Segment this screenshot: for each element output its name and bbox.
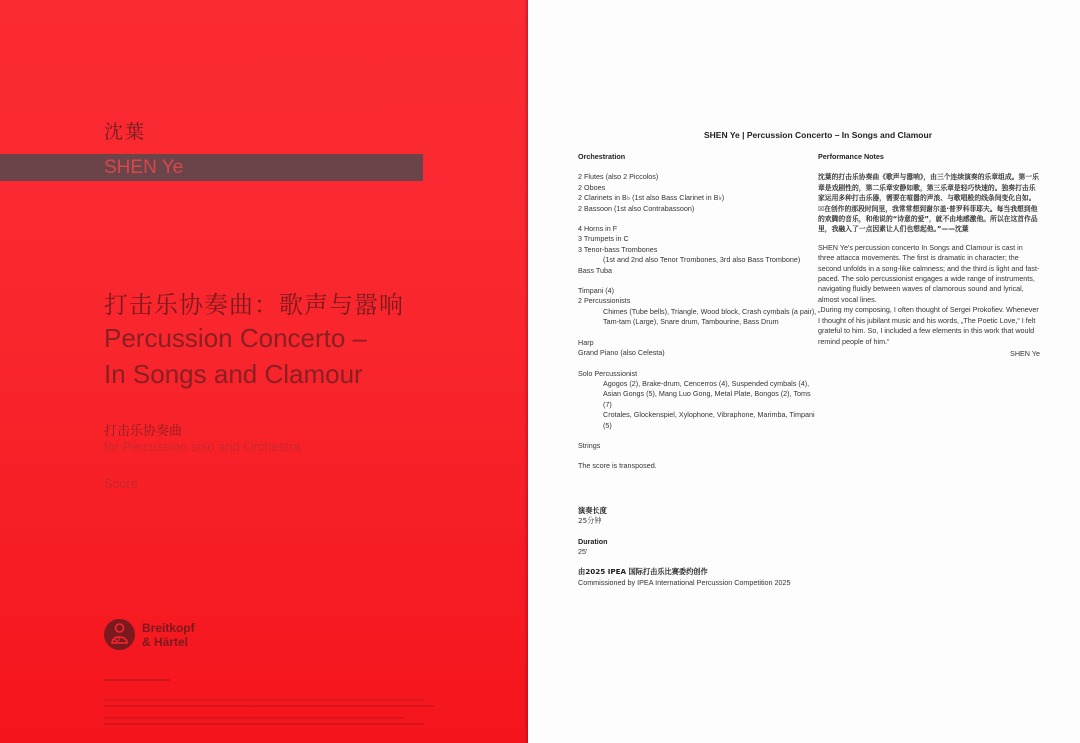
commission-block: 由2025 IPEA 国际打击乐比赛委约创作 Commissioned by I… bbox=[578, 567, 818, 588]
duration-label: Duration bbox=[578, 537, 818, 547]
fineprint-line bbox=[104, 699, 424, 701]
score-cover: 沈葉 SHEN Ye 打击乐协奏曲：歌声与嚣响 Percussion Conce… bbox=[0, 0, 528, 743]
breitkopf-logo-icon bbox=[104, 619, 135, 650]
instrument-line: Grand Piano (also Celesta) bbox=[578, 348, 818, 358]
publisher-name-line1: Breitkopf bbox=[142, 621, 195, 635]
orchestration-title: Orchestration bbox=[578, 152, 818, 162]
publisher-name-line2: & Härtel bbox=[142, 635, 195, 649]
instrument-line: Harp bbox=[578, 338, 818, 348]
title-en: Percussion Concerto – In Songs and Clamo… bbox=[104, 320, 504, 392]
instrument-line: 2 Oboes bbox=[578, 183, 818, 193]
instrument-line: 3 Trumpets in C bbox=[578, 234, 818, 244]
strings-group: Strings bbox=[578, 441, 818, 451]
page-header: SHEN Ye | Percussion Concerto – In Songs… bbox=[704, 130, 932, 140]
notes-cn-paragraph: 沈葉的打击乐协奏曲《歌声与嚣响》，由三个连续演奏的乐章组成。第一乐章是戏剧性的，… bbox=[818, 172, 1040, 234]
duration-cn-block: 演奏长度 25分钟 bbox=[578, 506, 818, 527]
fineprint-line bbox=[104, 723, 424, 725]
notes-signature: SHEN Ye bbox=[818, 349, 1040, 359]
instrument-line: 2 Percussionists bbox=[578, 296, 818, 306]
instrument-line: 2 Bassoon (1st also Contrabassoon) bbox=[578, 204, 818, 214]
instrument-line: 3 Tenor-bass Trombones bbox=[578, 245, 818, 255]
woodwinds-group: 2 Flutes (also 2 Piccolos) 2 Oboes 2 Cla… bbox=[578, 172, 818, 214]
instrument-line: Solo Percussionist bbox=[578, 369, 818, 379]
info-page: SHEN Ye | Percussion Concerto – In Songs… bbox=[528, 0, 1080, 743]
catalog-number-line bbox=[104, 679, 170, 681]
performance-notes-title: Performance Notes bbox=[818, 152, 1040, 162]
composer-name-cn: 沈葉 bbox=[104, 117, 146, 144]
commission-en: Commissioned by IPEA International Percu… bbox=[578, 578, 818, 588]
transposed-note: The score is transposed. bbox=[578, 461, 818, 471]
commission-cn: 由2025 IPEA 国际打击乐比赛委约创作 bbox=[578, 567, 818, 577]
publisher-name: Breitkopf & Härtel bbox=[142, 621, 195, 649]
performance-notes-column: Performance Notes 沈葉的打击乐协奏曲《歌声与嚣响》，由三个连续… bbox=[818, 152, 1040, 359]
notes-en-quote: „During my composing, I often thought of… bbox=[818, 305, 1040, 347]
instrument-line: Strings bbox=[578, 441, 818, 451]
instrument-detail: Chimes (Tube bells), Triangle, Wood bloc… bbox=[578, 307, 818, 328]
instrument-detail: Crotales, Glockenspiel, Xylophone, Vibra… bbox=[578, 410, 818, 431]
instrument-line: Bass Tuba bbox=[578, 266, 818, 276]
instrument-note: (1st and 2nd also Tenor Trombones, 3rd a… bbox=[578, 255, 818, 265]
duration-cn-label: 演奏长度 bbox=[578, 506, 818, 516]
duration-cn-value: 25分钟 bbox=[578, 516, 818, 526]
notes-en-paragraph: SHEN Ye's percussion concerto In Songs a… bbox=[818, 243, 1040, 305]
instrument-line: 4 Horns in F bbox=[578, 224, 818, 234]
keyboards-group: Harp Grand Piano (also Celesta) bbox=[578, 338, 818, 359]
instrument-line: 2 Clarinets in B♭ (1st also Bass Clarine… bbox=[578, 193, 818, 203]
brass-group: 4 Horns in F 3 Trumpets in C 3 Tenor-bas… bbox=[578, 224, 818, 276]
subtitle-en: for Percussion solo and Orchestra bbox=[104, 439, 301, 454]
edition-label: Score bbox=[104, 476, 138, 491]
instrument-line: Timpani (4) bbox=[578, 286, 818, 296]
title-en-line2: In Songs and Clamour bbox=[104, 356, 504, 392]
solo-group: Solo Percussionist Agogos (2), Brake-dru… bbox=[578, 369, 818, 431]
title-en-line1: Percussion Concerto – bbox=[104, 320, 504, 356]
composer-name-en: SHEN Ye bbox=[104, 157, 183, 179]
instrument-line: 2 Flutes (also 2 Piccolos) bbox=[578, 172, 818, 182]
instrument-detail: Agogos (2), Brake-drum, Cencerros (4), S… bbox=[578, 379, 818, 410]
fineprint-line bbox=[104, 717, 404, 719]
subtitle-cn: 打击乐协奏曲 bbox=[104, 420, 182, 439]
composer-name-band bbox=[0, 154, 423, 181]
duration-block: Duration 25' bbox=[578, 537, 818, 558]
title-cn: 打击乐协奏曲：歌声与嚣响 bbox=[104, 285, 404, 320]
duration-value: 25' bbox=[578, 547, 818, 557]
publisher-block: Breitkopf & Härtel bbox=[104, 619, 195, 650]
fineprint-line bbox=[104, 705, 434, 707]
orchestration-column: Orchestration 2 Flutes (also 2 Piccolos)… bbox=[578, 152, 818, 598]
percussion-group: Timpani (4) 2 Percussionists Chimes (Tub… bbox=[578, 286, 818, 328]
